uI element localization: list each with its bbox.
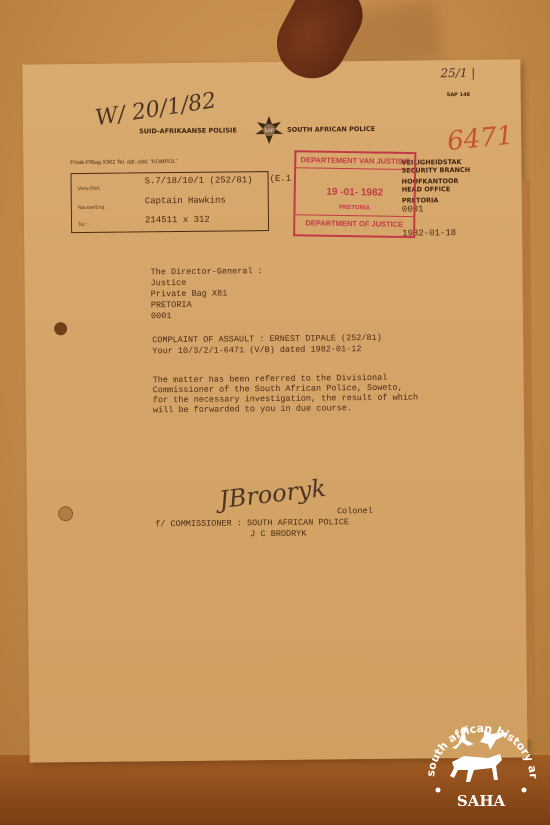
header-english: SOUTH AFRICAN POLICE	[287, 125, 375, 134]
ref-suffix: (E.1	[270, 174, 292, 184]
svg-text:SAP: SAP	[264, 128, 274, 134]
postal-line: P/sak-P/Bag X302 Tel. adr.-add. "KOMPOL"	[70, 159, 177, 166]
ref-value: S.7/18/10/1 (252/81)	[145, 175, 253, 186]
addressee-line: 0001	[151, 310, 263, 322]
signature-title: f/ COMMISSIONER : SOUTH AFRICAN POLICE	[155, 517, 349, 529]
police-crest-icon: SAP	[255, 116, 283, 144]
punch-hole	[58, 506, 73, 521]
received-stamp: DEPARTEMENT VAN JUSTISIE 19 -01- 1982 PR…	[293, 150, 416, 238]
stamp-top: DEPARTEMENT VAN JUSTISIE	[296, 155, 414, 166]
enquiries-label: Navrae/Enq.	[78, 205, 106, 211]
tel-label: Tel.:	[78, 222, 87, 228]
ref-label: Verw./Ref.	[78, 186, 101, 192]
body-paragraph: The matter has been referred to the Divi…	[153, 373, 419, 416]
reference-box: Verw./Ref. S.7/18/10/1 (252/81) Navrae/E…	[70, 171, 269, 233]
saha-acronym: SAHA	[457, 792, 506, 810]
signature-name: J C BRODRYK	[250, 529, 306, 540]
handwritten-corner-note: 25/1 |	[440, 66, 475, 80]
handwritten-annotation: W/ 20/1/82	[94, 88, 218, 131]
header-afrikaans: SUID-AFRIKAANSE POLISIE	[139, 126, 237, 135]
punch-hole	[54, 322, 67, 335]
addressee-line: The Director-General :	[150, 266, 262, 278]
stamp-date: 19 -01- 1982	[296, 186, 414, 199]
stamp-city: PRETORIA	[295, 204, 413, 212]
letter-page: W/ 20/1/82 25/1 | SAP 148 6471 SUID-AFRI…	[22, 59, 527, 762]
tel-value: 214511 x 312	[145, 215, 210, 226]
addressee-block: The Director-General : Justice Private B…	[150, 266, 263, 322]
signature-rank: Colonel	[337, 506, 373, 516]
your-reference: Your 10/3/2/1-6471 (V/B) dated 1982-01-1…	[152, 344, 382, 357]
form-code: SAP 148	[447, 92, 470, 98]
enquiries-value: Captain Hawkins	[145, 196, 226, 207]
subject-block: COMPLAINT OF ASSAULT : ERNEST DIPALE (25…	[152, 333, 382, 357]
handwritten-number: 6471	[446, 121, 515, 157]
body-line: will be forwarded to you in due course.	[153, 403, 418, 416]
saha-logo: south african history archive SAHA	[418, 700, 543, 820]
signature: JBrooryk	[218, 474, 328, 514]
stamp-bottom: DEPARTMENT OF JUSTICE	[295, 218, 413, 229]
